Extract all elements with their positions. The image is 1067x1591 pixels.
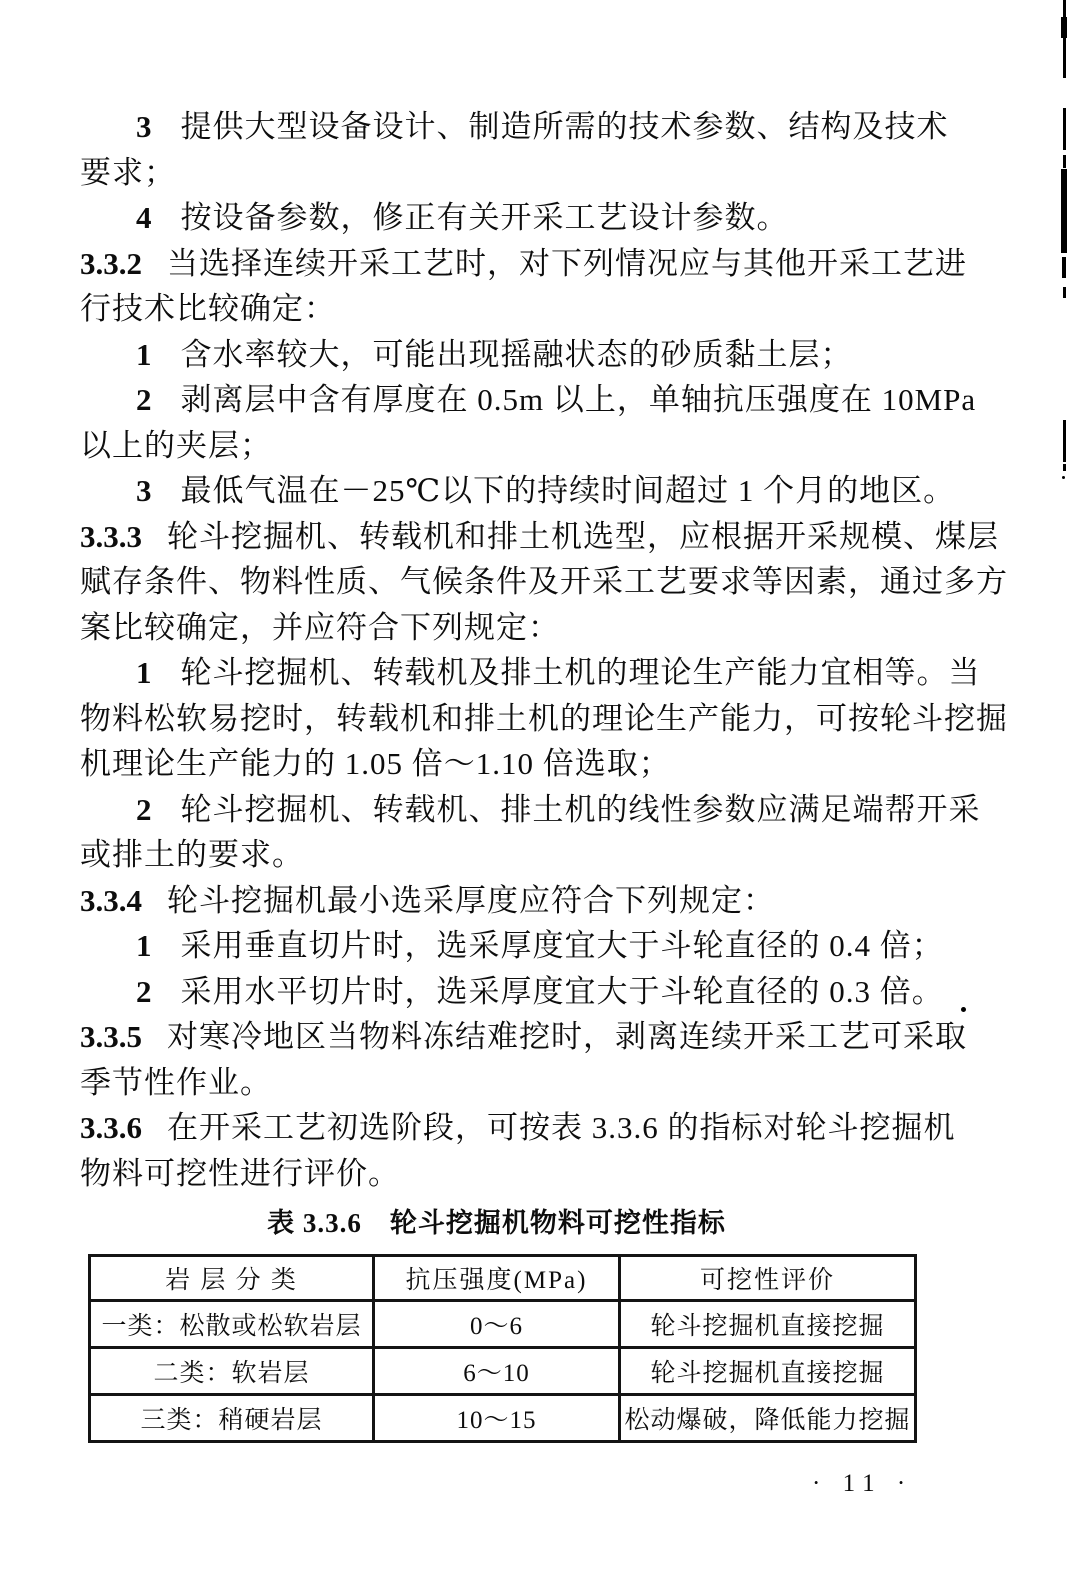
clause-number: 3.3.2	[80, 246, 142, 281]
line-text: 要求；	[80, 155, 176, 190]
scan-artifact	[1063, 420, 1066, 462]
line-text: 轮斗挖掘机、转载机及排土机的理论生产能力宜相等。当	[181, 655, 981, 690]
text-line: 赋存条件、物料性质、气候条件及开采工艺要求等因素，通过多方	[80, 559, 913, 605]
text-line: 3.3.4轮斗挖掘机最小选采厚度应符合下列规定：	[80, 878, 913, 924]
line-text: 以上的夹层；	[80, 428, 272, 463]
text-line: 2轮斗挖掘机、转载机、排土机的线性参数应满足端帮开采	[80, 787, 913, 833]
cell-rating: 轮斗挖掘机直接挖掘	[620, 1348, 916, 1395]
line-text: 机理论生产能力的 1.05 倍～1.10 倍选取；	[80, 746, 671, 781]
clause-number: 3.3.4	[80, 883, 142, 918]
table-row: 三类：稍硬岩层 10～15 松动爆破，降低能力挖掘	[90, 1395, 916, 1442]
line-text: 轮斗挖掘机最小选采厚度应符合下列规定：	[167, 883, 775, 918]
scan-artifact	[1063, 0, 1066, 78]
line-text: 对寒冷地区当物料冻结难挖时，剥离连续开采工艺可采取	[167, 1019, 967, 1054]
line-text: 物料可挖性进行评价。	[80, 1156, 400, 1191]
line-text: 案比较确定，并应符合下列规定：	[80, 610, 560, 645]
scan-artifact	[961, 1007, 966, 1012]
clause-number: 3.3.6	[80, 1110, 142, 1145]
line-text: 采用水平切片时，选采厚度宜大于斗轮直径的 0.3 倍。	[181, 974, 944, 1009]
text-line: 机理论生产能力的 1.05 倍～1.10 倍选取；	[80, 741, 913, 787]
scan-artifact	[1062, 257, 1066, 278]
text-line: 或排土的要求。	[80, 832, 913, 878]
text-line: 1采用垂直切片时，选采厚度宜大于斗轮直径的 0.4 倍；	[80, 923, 913, 969]
line-text: 在开采工艺初选阶段，可按表 3.3.6 的指标对轮斗挖掘机	[167, 1110, 956, 1145]
item-number: 3	[136, 473, 152, 508]
item-number: 1	[136, 928, 152, 963]
scan-artifact	[1062, 476, 1065, 479]
cell-rock-class: 三类：稍硬岩层	[90, 1395, 374, 1442]
text-line: 物料松软易挖时，转载机和排土机的理论生产能力，可按轮斗挖掘	[80, 696, 913, 742]
line-text: 轮斗挖掘机、转载机、排土机的线性参数应满足端帮开采	[181, 792, 981, 827]
column-header-rock-class: 岩 层 分 类	[90, 1256, 374, 1301]
item-number: 2	[136, 382, 152, 417]
item-number: 1	[136, 655, 152, 690]
item-number: 2	[136, 792, 152, 827]
line-text: 最低气温在－25℃以下的持续时间超过 1 个月的地区。	[181, 473, 956, 508]
table-row: 一类：松散或松软岩层 0～6 轮斗挖掘机直接挖掘	[90, 1301, 916, 1348]
column-header-compressive-strength: 抗压强度(MPa)	[374, 1256, 620, 1301]
scan-artifact	[1061, 17, 1067, 38]
line-text: 提供大型设备设计、制造所需的技术参数、结构及技术	[181, 109, 949, 144]
line-text: 季节性作业。	[80, 1065, 272, 1100]
text-line: 3.3.5对寒冷地区当物料冻结难挖时，剥离连续开采工艺可采取	[80, 1014, 913, 1060]
table-caption: 表 3.3.6 轮斗挖掘机物料可挖性指标	[80, 1200, 913, 1246]
line-text: 当选择连续开采工艺时，对下列情况应与其他开采工艺进	[167, 246, 967, 281]
item-number: 2	[136, 974, 152, 1009]
scan-artifact	[1061, 169, 1067, 253]
page-number: · 11 ·	[812, 1470, 913, 1498]
cell-rock-class: 二类：软岩层	[90, 1348, 374, 1395]
text-line: 以上的夹层；	[80, 423, 913, 469]
cell-strength-range: 10～15	[374, 1395, 620, 1442]
scan-artifact	[1063, 464, 1066, 471]
line-text: 物料松软易挖时，转载机和排土机的理论生产能力，可按轮斗挖掘	[80, 701, 1008, 736]
text-line: 2剥离层中含有厚度在 0.5m 以上，单轴抗压强度在 10MPa	[80, 377, 913, 423]
item-number: 4	[136, 200, 152, 235]
item-number: 3	[136, 109, 152, 144]
line-text: 行技术比较确定：	[80, 291, 336, 326]
line-text: 按设备参数，修正有关开采工艺设计参数。	[181, 200, 789, 235]
body-text: 3提供大型设备设计、制造所需的技术参数、结构及技术 要求； 4按设备参数，修正有…	[80, 104, 913, 1443]
line-text: 采用垂直切片时，选采厚度宜大于斗轮直径的 0.4 倍；	[181, 928, 944, 963]
text-line: 季节性作业。	[80, 1060, 913, 1106]
cell-rock-class: 一类：松散或松软岩层	[90, 1301, 374, 1348]
text-line: 物料可挖性进行评价。	[80, 1151, 913, 1197]
text-line: 要求；	[80, 150, 913, 196]
cell-rating: 松动爆破，降低能力挖掘	[620, 1395, 916, 1442]
table-row: 二类：软岩层 6～10 轮斗挖掘机直接挖掘	[90, 1348, 916, 1395]
text-line: 3最低气温在－25℃以下的持续时间超过 1 个月的地区。	[80, 468, 913, 514]
text-line: 1含水率较大，可能出现摇融状态的砂质黏土层；	[80, 332, 913, 378]
text-line: 4按设备参数，修正有关开采工艺设计参数。	[80, 195, 913, 241]
text-line: 案比较确定，并应符合下列规定：	[80, 605, 913, 651]
text-line: 3提供大型设备设计、制造所需的技术参数、结构及技术	[80, 104, 913, 150]
clause-number: 3.3.5	[80, 1019, 142, 1054]
text-line: 2采用水平切片时，选采厚度宜大于斗轮直径的 0.3 倍。	[80, 969, 913, 1015]
text-line: 3.3.6在开采工艺初选阶段，可按表 3.3.6 的指标对轮斗挖掘机	[80, 1105, 913, 1151]
cell-strength-range: 0～6	[374, 1301, 620, 1348]
line-text: 剥离层中含有厚度在 0.5m 以上，单轴抗压强度在 10MPa	[181, 382, 977, 417]
text-line: 3.3.2当选择连续开采工艺时，对下列情况应与其他开采工艺进	[80, 241, 913, 287]
cell-strength-range: 6～10	[374, 1348, 620, 1395]
document-page: 3提供大型设备设计、制造所需的技术参数、结构及技术 要求； 4按设备参数，修正有…	[0, 0, 1067, 1591]
table-header-row: 岩 层 分 类 抗压强度(MPa) 可挖性评价	[90, 1256, 916, 1301]
text-line: 行技术比较确定：	[80, 286, 913, 332]
scan-artifact	[1063, 155, 1066, 168]
column-header-diggability-rating: 可挖性评价	[620, 1256, 916, 1301]
line-text: 赋存条件、物料性质、气候条件及开采工艺要求等因素，通过多方	[80, 564, 1008, 599]
text-line: 1轮斗挖掘机、转载机及排土机的理论生产能力宜相等。当	[80, 650, 913, 696]
text-line: 3.3.3轮斗挖掘机、转载机和排土机选型，应根据开采规模、煤层	[80, 514, 913, 560]
scan-artifact	[1063, 287, 1066, 298]
line-text: 含水率较大，可能出现摇融状态的砂质黏土层；	[181, 337, 853, 372]
diggability-table: 岩 层 分 类 抗压强度(MPa) 可挖性评价 一类：松散或松软岩层 0～6 轮…	[88, 1254, 917, 1443]
scan-artifact	[1063, 108, 1066, 150]
line-text: 轮斗挖掘机、转载机和排土机选型，应根据开采规模、煤层	[167, 519, 999, 554]
clause-number: 3.3.3	[80, 519, 142, 554]
item-number: 1	[136, 337, 152, 372]
cell-rating: 轮斗挖掘机直接挖掘	[620, 1301, 916, 1348]
line-text: 或排土的要求。	[80, 837, 304, 872]
